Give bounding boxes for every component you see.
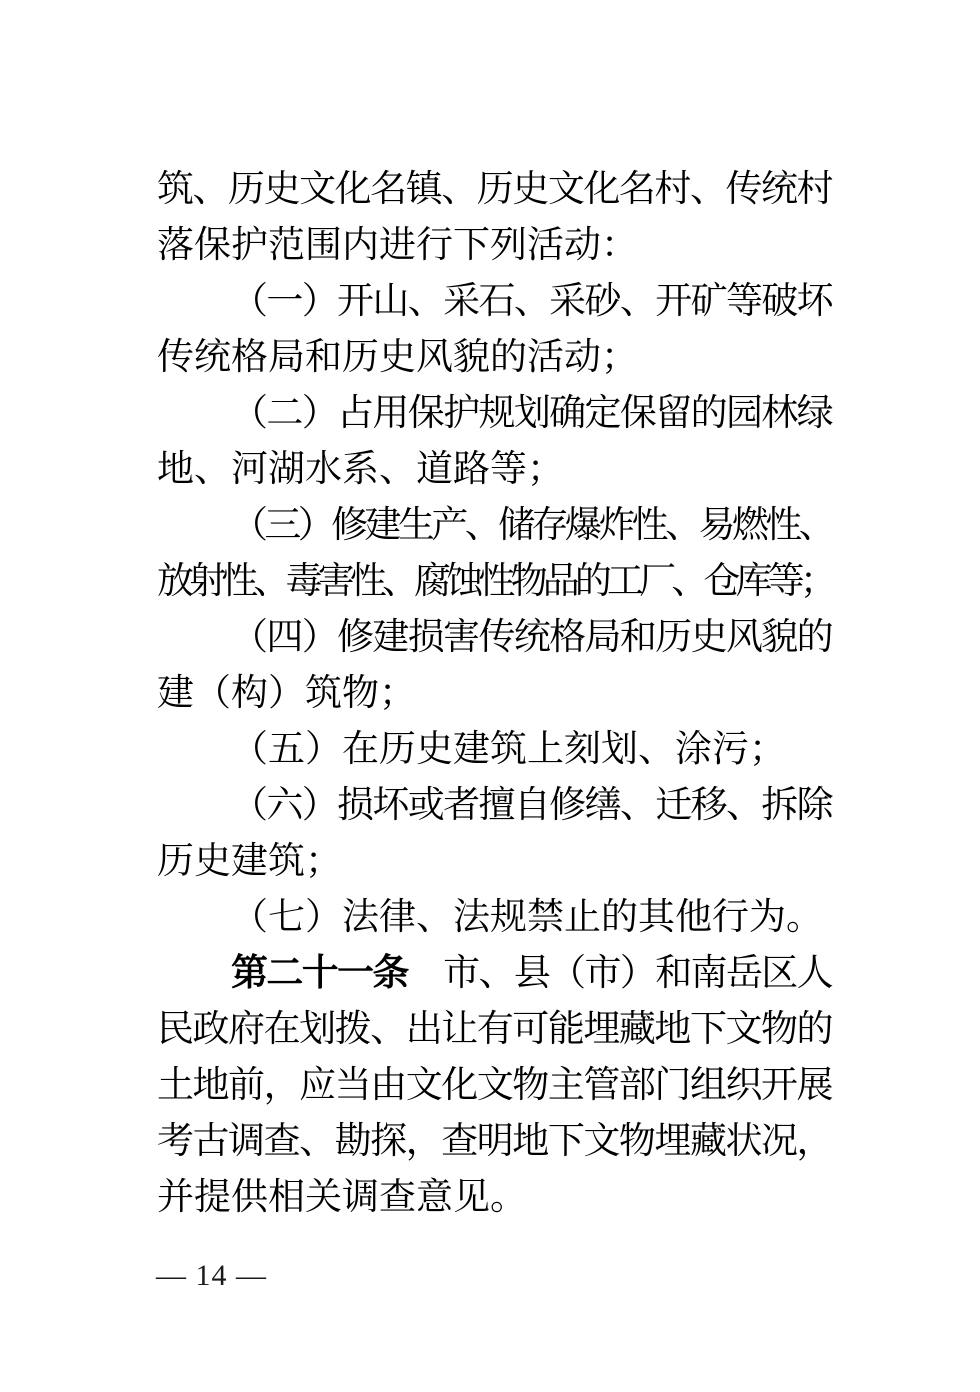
text-block: 筑、历史文化名镇、历史文化名村、传统村落保护范围内进行下列活动：（一）开山、采石…: [157, 162, 832, 1226]
text-line: （五）在历史建筑上刻划、涂污；: [157, 722, 832, 778]
text-line: 第二十一条 市、县（市）和南岳区人: [157, 946, 832, 1002]
text-segment: 土地前，应当由文化文物主管部门组织开展: [157, 1065, 832, 1106]
document-page: 筑、历史文化名镇、历史文化名村、传统村落保护范围内进行下列活动：（一）开山、采石…: [0, 0, 980, 1392]
text-line: 并提供相关调查意见。: [157, 1170, 832, 1226]
text-line: （四）修建损害传统格局和历史风貌的: [157, 610, 832, 666]
text-segment: 传统格局和历史风貌的活动；: [157, 337, 638, 378]
text-line: 土地前，应当由文化文物主管部门组织开展: [157, 1058, 832, 1114]
page-footer: — 14 —: [156, 1256, 267, 1296]
text-segment: （一）开山、采石、采砂、开矿等破坏: [231, 281, 832, 322]
text-segment: 考古调查、勘探，查明地下文物埋藏状况，: [157, 1121, 832, 1162]
text-segment: 市、县（市）和南岳区人: [408, 953, 832, 994]
text-segment: （六）损坏或者擅自修缮、迁移、拆除: [231, 785, 832, 826]
text-segment: 地、河湖水系、道路等；: [157, 449, 564, 490]
text-segment: 并提供相关调查意见。: [157, 1177, 527, 1218]
text-line: 传统格局和历史风貌的活动；: [157, 330, 832, 386]
text-line: 考古调查、勘探，查明地下文物埋藏状况，: [157, 1114, 832, 1170]
text-line: （一）开山、采石、采砂、开矿等破坏: [157, 274, 832, 330]
text-segment: （五）在历史建筑上刻划、涂污；: [231, 729, 786, 770]
text-line: 建（构）筑物；: [157, 666, 832, 722]
text-segment: （三）修建生产、储存爆炸性、易燃性、: [231, 505, 832, 546]
text-line: 放射性、毒害性、腐蚀性物品的工厂、仓库等；: [157, 554, 832, 610]
text-line: （六）损坏或者擅自修缮、迁移、拆除: [157, 778, 832, 834]
text-segment: （二）占用保护规划确定保留的园林绿: [231, 393, 832, 434]
text-segment: 放射性、毒害性、腐蚀性物品的工厂、仓库等；: [157, 561, 832, 602]
text-segment: （四）修建损害传统格局和历史风貌的: [231, 617, 832, 658]
text-segment: （七）法律、法规禁止的其他行为。: [231, 897, 823, 938]
text-line: 筑、历史文化名镇、历史文化名村、传统村: [157, 162, 832, 218]
text-line: 历史建筑；: [157, 834, 832, 890]
text-line: （七）法律、法规禁止的其他行为。: [157, 890, 832, 946]
text-line: （二）占用保护规划确定保留的园林绿: [157, 386, 832, 442]
text-segment: 建（构）筑物；: [157, 673, 416, 714]
text-segment: 民政府在划拨、出让有可能埋藏地下文物的: [157, 1009, 832, 1050]
text-line: 地、河湖水系、道路等；: [157, 442, 832, 498]
text-segment: 历史建筑；: [157, 841, 342, 882]
text-line: （三）修建生产、储存爆炸性、易燃性、: [157, 498, 832, 554]
text-line: 落保护范围内进行下列活动：: [157, 218, 832, 274]
text-segment: 落保护范围内进行下列活动：: [157, 225, 638, 266]
text-line: 民政府在划拨、出让有可能埋藏地下文物的: [157, 1002, 832, 1058]
page-number: — 14 —: [156, 1259, 267, 1292]
text-segment: 筑、历史文化名镇、历史文化名村、传统村: [157, 169, 832, 210]
article-number: 第二十一条: [231, 953, 408, 994]
